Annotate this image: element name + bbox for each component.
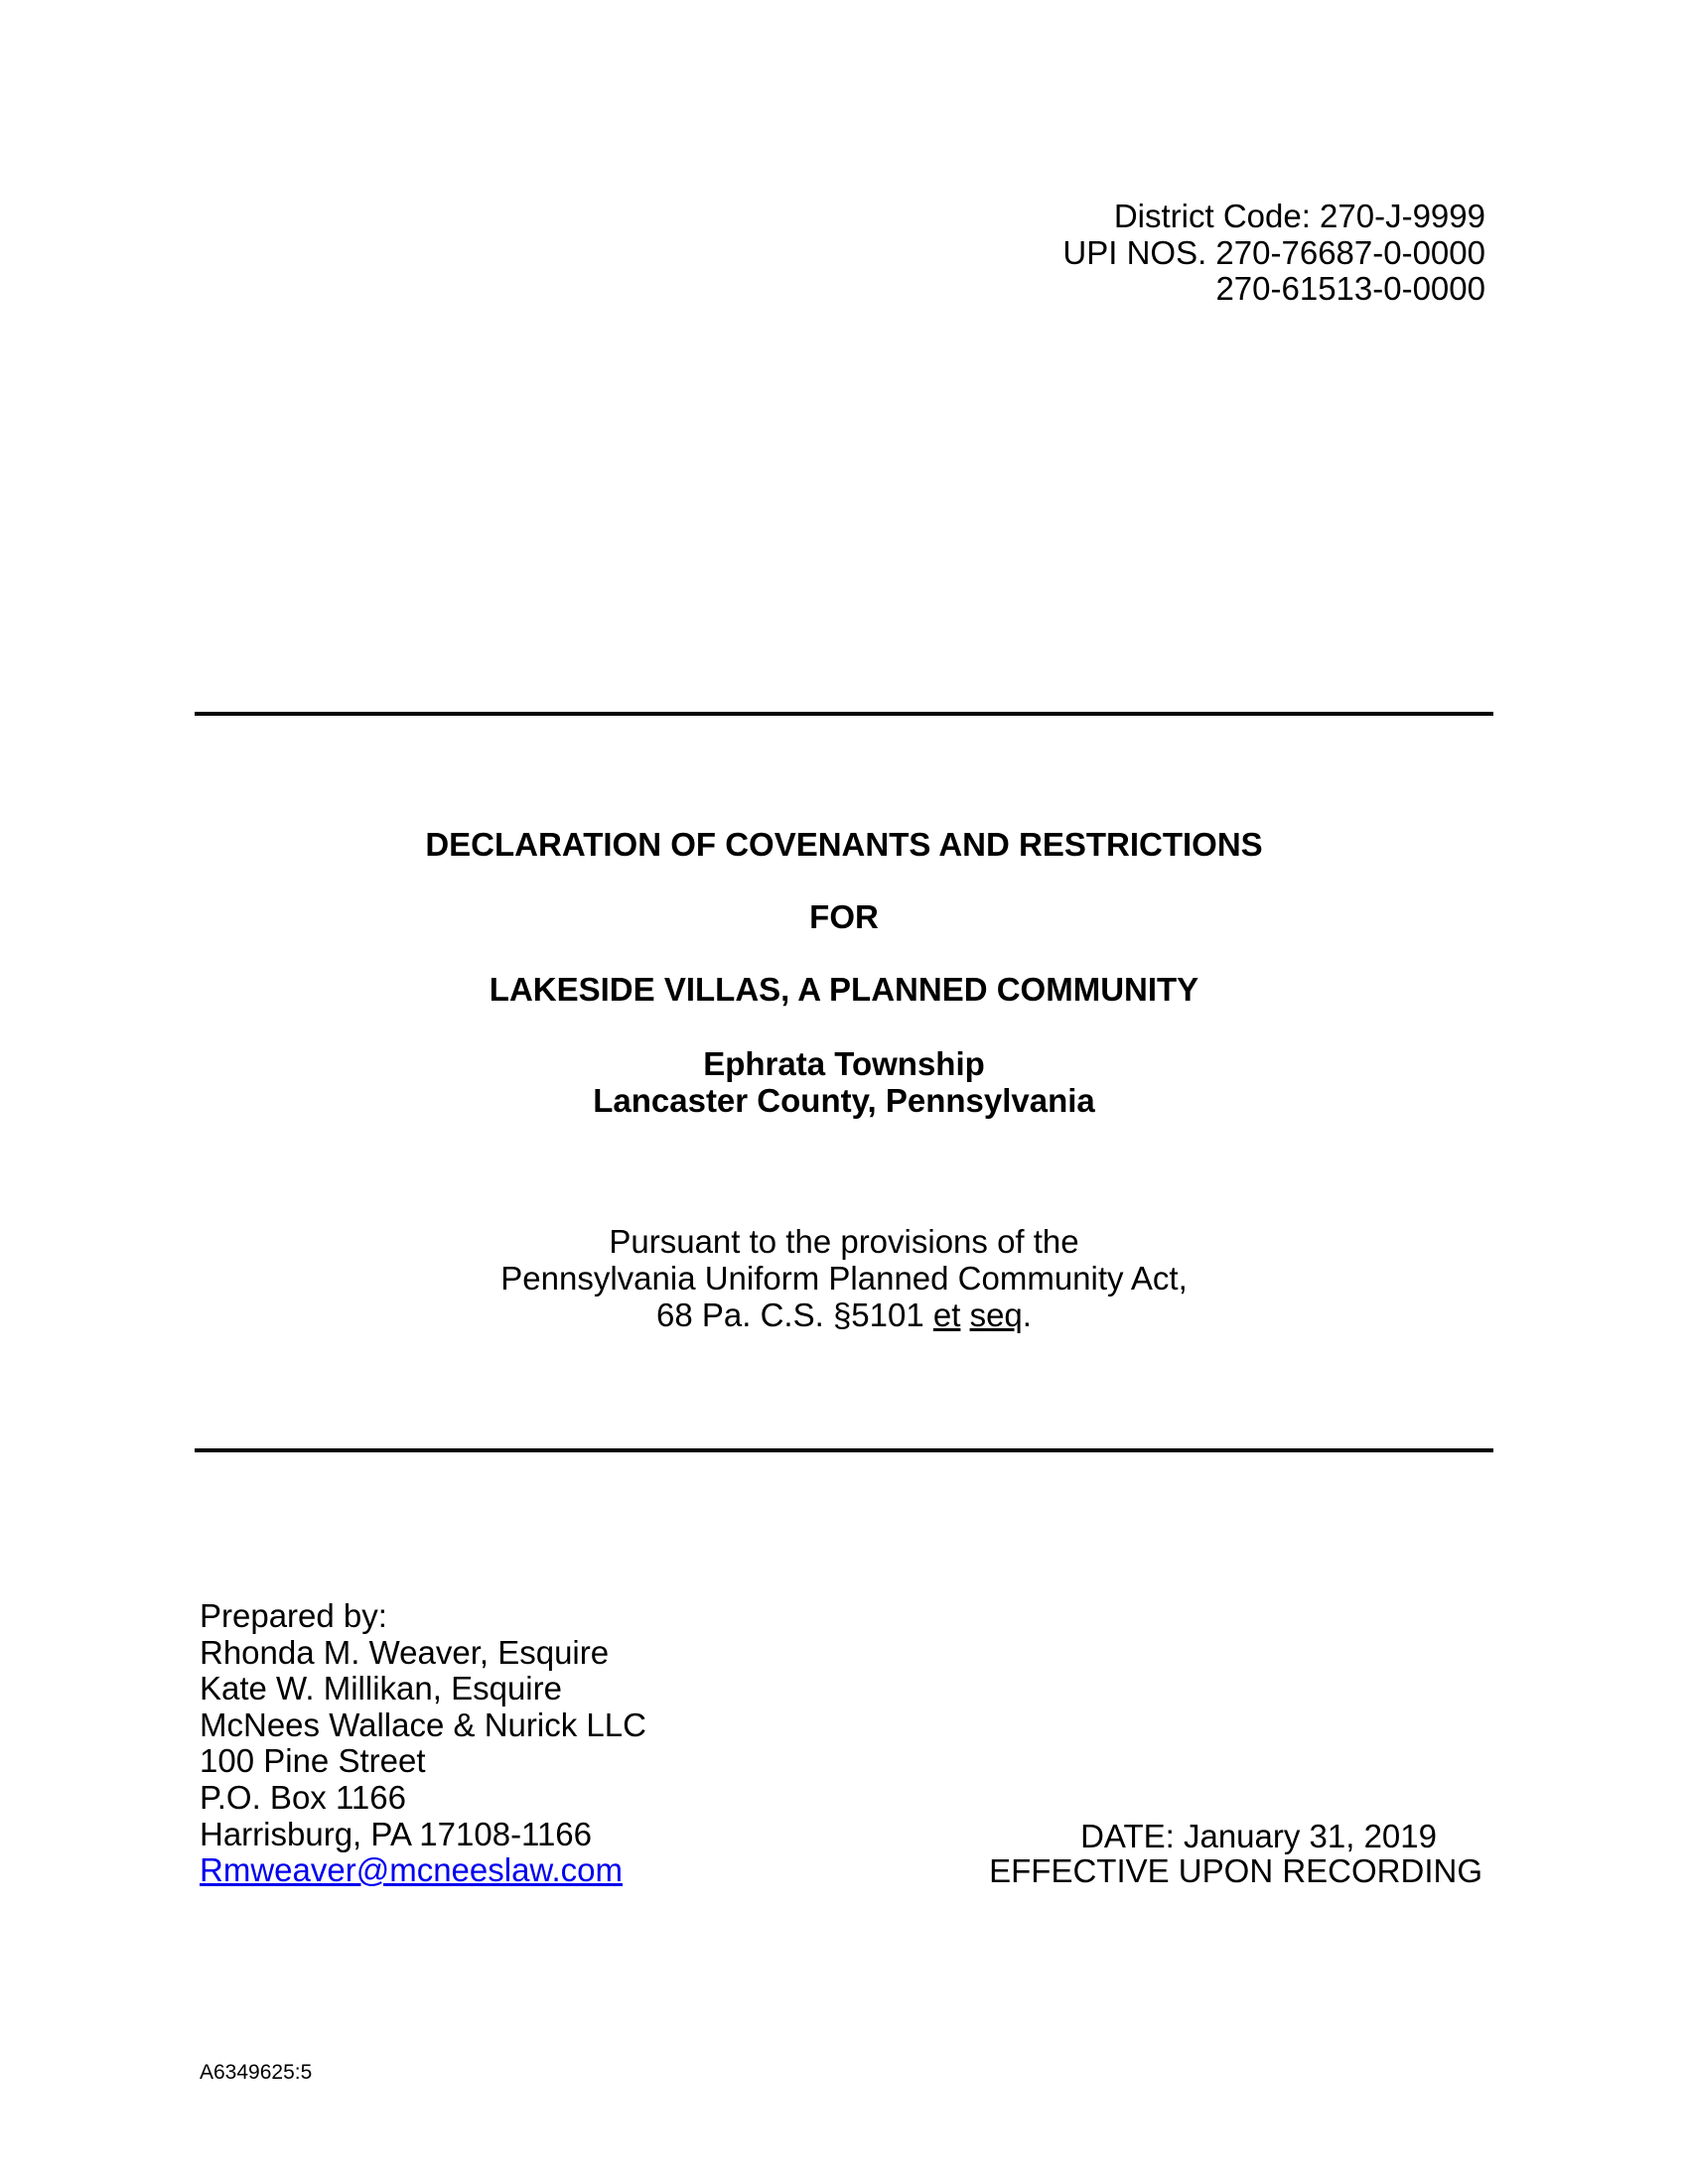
preparer-line: Harrisburg, PA 17108-1166 xyxy=(200,1817,646,1853)
prepared-by-block: Prepared by: Rhonda M. Weaver, Esquire K… xyxy=(200,1598,646,1889)
top-divider xyxy=(195,712,1493,716)
email-link[interactable]: Rmweaver@mcneeslaw.com xyxy=(200,1851,623,1888)
space-text xyxy=(960,1297,969,1333)
upi-number-2: 270-61513-0-0000 xyxy=(1062,271,1485,308)
recording-info-block: District Code: 270-J-9999 UPI NOS. 270-7… xyxy=(1062,199,1485,308)
bottom-divider xyxy=(195,1448,1493,1452)
statutory-reference: Pursuant to the provisions of the Pennsy… xyxy=(0,1223,1688,1333)
statute-citation: 68 Pa. C.S. §5101 xyxy=(656,1297,933,1333)
document-id: A6349625:5 xyxy=(200,2060,312,2086)
document-title-for: FOR xyxy=(0,898,1688,935)
upi-number-1: UPI NOS. 270-76687-0-0000 xyxy=(1062,235,1485,272)
period-text: . xyxy=(1023,1297,1032,1333)
district-code: District Code: 270-J-9999 xyxy=(1062,199,1485,235)
document-title: DECLARATION OF COVENANTS AND RESTRICTION… xyxy=(0,826,1688,863)
prepared-by-label: Prepared by: xyxy=(200,1598,646,1635)
township: Ephrata Township xyxy=(0,1045,1688,1082)
preparer-line: Kate W. Millikan, Esquire xyxy=(200,1671,646,1707)
effective-notice: EFFECTIVE UPON RECORDING xyxy=(989,1852,1482,1889)
pursuant-line-2: Pennsylvania Uniform Planned Community A… xyxy=(0,1260,1688,1297)
pursuant-line-1: Pursuant to the provisions of the xyxy=(0,1223,1688,1260)
preparer-line: Rhonda M. Weaver, Esquire xyxy=(200,1635,646,1672)
preparer-line: McNees Wallace & Nurick LLC xyxy=(200,1707,646,1744)
pursuant-line-3: 68 Pa. C.S. §5101 et seq. xyxy=(0,1297,1688,1333)
document-date: DATE: January 31, 2019 xyxy=(1080,1818,1437,1854)
preparer-line: P.O. Box 1166 xyxy=(200,1780,646,1817)
et-text: et xyxy=(933,1297,961,1333)
community-name: LAKESIDE VILLAS, A PLANNED COMMUNITY xyxy=(0,971,1688,1008)
seq-text: seq xyxy=(970,1297,1023,1333)
county-state: Lancaster County, Pennsylvania xyxy=(0,1082,1688,1119)
preparer-line: 100 Pine Street xyxy=(200,1743,646,1780)
